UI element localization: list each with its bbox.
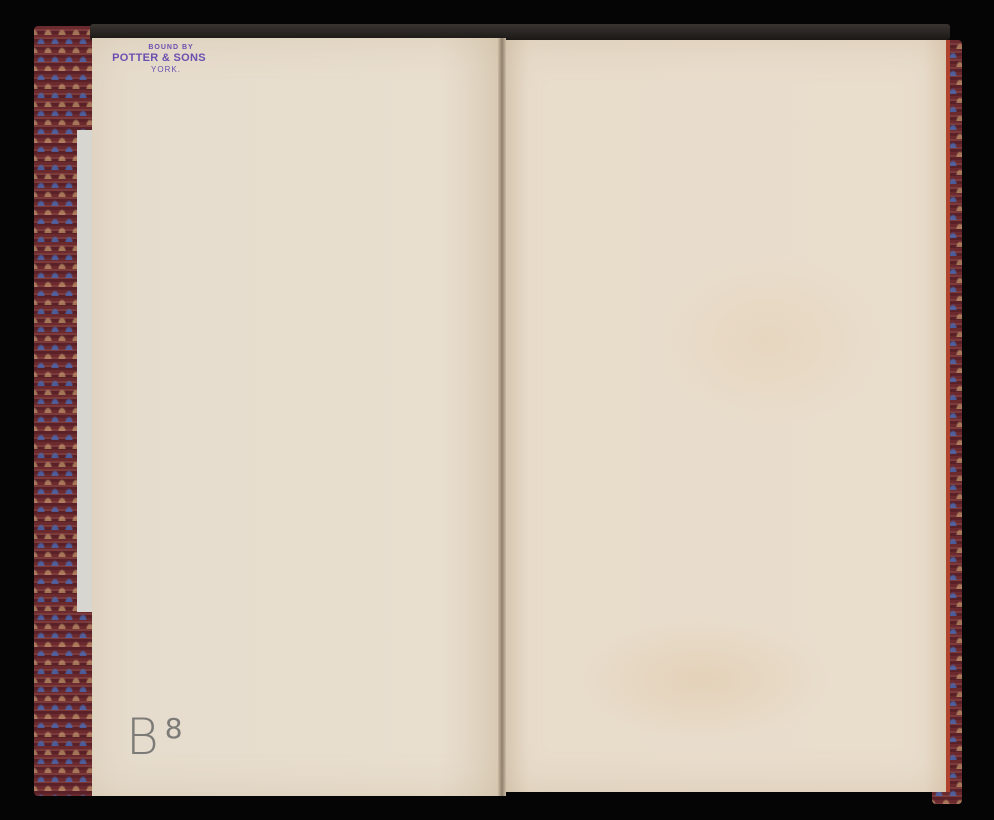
stamp-line-2: POTTER & SONS xyxy=(100,52,218,65)
inserted-paper-strip xyxy=(77,130,93,612)
right-endpaper xyxy=(502,40,950,792)
left-endpaper xyxy=(92,38,500,796)
binder-stamp: BOUND BY POTTER & SONS YORK. xyxy=(100,44,218,74)
pencil-letter: B xyxy=(126,708,159,766)
stamp-line-1: BOUND BY xyxy=(100,44,218,52)
pencil-shelf-mark: B8 xyxy=(126,708,183,766)
pencil-number: 8 xyxy=(165,712,183,745)
stamp-line-3: YORK. xyxy=(100,65,218,74)
book-gutter xyxy=(498,38,506,796)
